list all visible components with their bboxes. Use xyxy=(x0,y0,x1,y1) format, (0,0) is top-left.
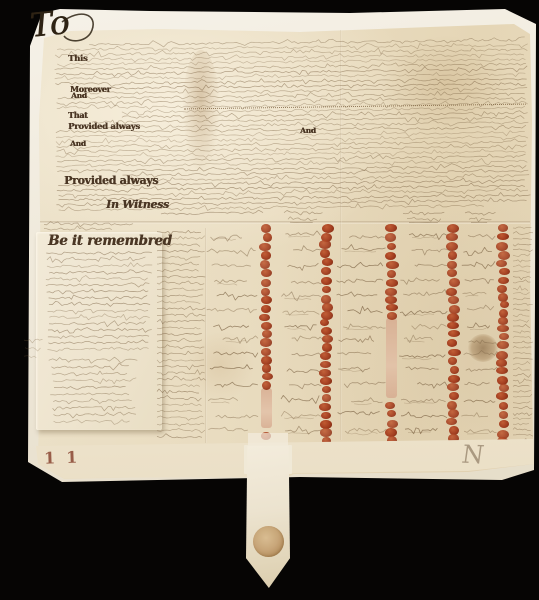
opening-flourish-calligraphy: To xyxy=(28,2,71,45)
wax-seal xyxy=(447,269,457,277)
wax-seal xyxy=(446,418,457,425)
wax-seal xyxy=(500,301,510,309)
wax-seal xyxy=(386,304,398,311)
wax-seal xyxy=(497,285,507,293)
fold-mark-left: 11 xyxy=(44,447,89,468)
wax-seal xyxy=(449,392,459,400)
wax-seal xyxy=(261,269,272,277)
wax-seal xyxy=(322,394,332,402)
wax-seal xyxy=(448,357,457,365)
wax-seal xyxy=(319,403,331,412)
pendant-parchment-tag xyxy=(246,446,290,588)
wax-seal xyxy=(321,327,332,335)
engrossed-word-that: That xyxy=(68,110,87,120)
wax-seal xyxy=(322,335,333,343)
wax-seal xyxy=(262,373,273,381)
wax-seal xyxy=(385,296,397,304)
fold-mark-right: N xyxy=(460,440,486,470)
wax-seal xyxy=(261,296,272,304)
wax-seal xyxy=(499,333,509,340)
wax-seal xyxy=(261,279,271,288)
wax-seal xyxy=(319,240,331,248)
wax-seal xyxy=(321,277,332,286)
wax-seal xyxy=(261,322,272,330)
wax-stain-trace xyxy=(261,388,272,428)
wax-seal xyxy=(385,233,396,242)
wax-seal xyxy=(499,402,508,410)
engrossed-word-in-witness: In Witness xyxy=(106,198,169,211)
wax-seal xyxy=(498,224,508,232)
wax-seal xyxy=(499,411,509,419)
wax-seal xyxy=(448,349,460,357)
engrossed-word-and: And xyxy=(70,139,86,148)
wax-seal xyxy=(496,392,508,400)
wax-seal xyxy=(321,412,331,420)
wax-seal xyxy=(497,233,509,240)
wax-seal xyxy=(496,367,508,374)
engrossed-word-this: This xyxy=(68,54,87,64)
wax-seal xyxy=(497,341,509,349)
wax-seal xyxy=(447,224,459,233)
wax-seal xyxy=(320,249,330,258)
memorandum-heading: Be it remembred xyxy=(48,233,172,249)
wax-seal xyxy=(499,420,509,428)
wax-seal xyxy=(322,386,332,393)
wax-seal xyxy=(498,317,508,325)
wax-seal xyxy=(261,348,272,356)
wax-seal xyxy=(261,251,271,260)
wax-seal xyxy=(496,260,507,268)
wax-seal xyxy=(497,325,509,332)
wax-stain-trace xyxy=(386,318,397,398)
wax-seal xyxy=(387,420,399,428)
wax-seal xyxy=(320,319,329,326)
wax-seal xyxy=(322,343,332,352)
engrossed-word-and-center: And xyxy=(300,126,316,135)
wax-seal xyxy=(446,233,458,241)
wax-seal xyxy=(496,359,508,367)
wax-seal xyxy=(259,314,270,322)
wax-seal xyxy=(447,339,457,347)
wax-seal xyxy=(320,428,332,437)
wax-seal xyxy=(260,260,270,269)
wax-seal xyxy=(321,267,331,275)
wax-seal xyxy=(446,242,458,251)
wax-seal xyxy=(320,377,332,385)
wax-seal xyxy=(319,369,331,377)
wax-seal xyxy=(499,384,509,392)
wax-seal xyxy=(499,268,510,275)
wax-seal xyxy=(385,288,397,296)
wax-seal xyxy=(448,296,459,304)
wax-seal xyxy=(447,322,459,330)
wax-seal xyxy=(259,243,271,252)
wax-seal xyxy=(387,270,397,279)
wax-seal xyxy=(387,410,396,417)
engrossed-word-provided-always: Provided always xyxy=(68,122,140,132)
wax-seal xyxy=(498,277,509,284)
wax-seal xyxy=(446,288,457,296)
wax-seal xyxy=(262,364,272,373)
engrossed-word-provided-always-2: Provided always xyxy=(64,174,158,187)
wax-seal xyxy=(449,278,460,287)
parchment-deed-photo: To This Moreover And That Provided alway… xyxy=(0,0,539,600)
wax-seal xyxy=(385,402,395,410)
wax-seal xyxy=(387,312,398,320)
wax-seal xyxy=(385,224,397,232)
wax-seal xyxy=(386,261,398,269)
wax-seal xyxy=(260,338,272,347)
wax-seal xyxy=(448,330,460,337)
wax-seal xyxy=(448,251,457,260)
wax-seal xyxy=(262,330,272,338)
wax-seal xyxy=(386,279,398,287)
wax-seal xyxy=(450,366,459,375)
wax-seal xyxy=(496,242,508,251)
wax-seal xyxy=(322,286,332,294)
wax-seal xyxy=(262,381,271,390)
wax-seal xyxy=(322,258,334,266)
wax-seal xyxy=(263,233,272,242)
pendant-wax-seal xyxy=(253,526,284,557)
wax-seal xyxy=(322,224,334,233)
wax-seal xyxy=(447,313,459,322)
wax-seal xyxy=(387,243,396,250)
wax-seal xyxy=(447,383,459,391)
wax-seal xyxy=(320,352,331,360)
engrossed-word-and: And xyxy=(71,91,87,100)
wax-seal xyxy=(448,375,460,383)
wax-seal xyxy=(261,224,272,233)
wax-seal xyxy=(320,361,331,368)
wax-seal xyxy=(261,305,272,313)
wax-seal xyxy=(385,252,396,260)
